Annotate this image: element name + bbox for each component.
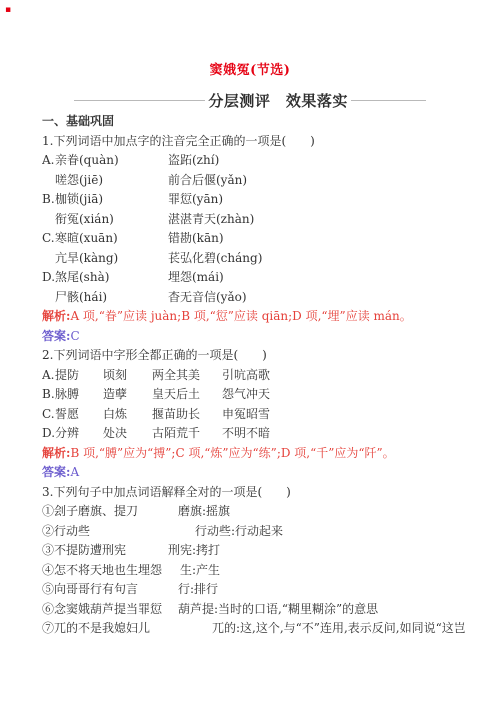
option-label: B. — [42, 190, 55, 210]
answer-label: 答案: — [42, 463, 70, 483]
option-word: 亢旱(kàng) — [55, 249, 168, 269]
option-label: C. — [42, 405, 55, 425]
option-word: 白炼 — [103, 405, 152, 425]
gloss-row: ①刽子磨旗、提刀 磨旗:摇旗 — [42, 502, 486, 522]
option-word: 处决 — [103, 424, 152, 444]
option-word: 亲眷(quàn) — [55, 151, 168, 171]
banner-rule-right — [351, 100, 426, 101]
gloss-phrase: ②行动些 — [42, 522, 195, 542]
gloss-row: ②行动些 行动些:行动起来 — [42, 522, 486, 542]
page-title: 窦娥冤(节选) — [0, 0, 500, 78]
gloss-phrase: ①刽子磨旗、提刀 — [42, 502, 178, 522]
gloss-explanation: 磨旗:摇旗 — [178, 502, 230, 522]
gloss-explanation: 行:排行 — [178, 580, 218, 600]
option-label: A. — [42, 151, 55, 171]
option-word: 怨气冲天 — [222, 385, 270, 405]
gloss-explanation: 生:产生 — [180, 561, 220, 581]
analysis-text: B 项,“膊”应为“搏”;C 项,“炼”应为“练”;D 项,“千”应为“阡”。 — [70, 444, 394, 464]
option-row: C. 寒暄(xuān) 错勘(kān) — [42, 229, 486, 249]
option-word: 引吭高歌 — [222, 366, 270, 386]
option-row: A. 亲眷(quàn) 盗跖(zhí) — [42, 151, 486, 171]
option-word: 湛湛青天(zhàn) — [168, 210, 254, 230]
answer-label: 答案: — [42, 327, 70, 347]
section-heading: 一、基础巩固 — [42, 112, 486, 132]
option-row: A. 提防 顷刻 两全其美 引吭高歌 — [42, 366, 486, 386]
option-label — [42, 288, 55, 308]
option-label — [42, 249, 55, 269]
banner-rule-left — [74, 100, 205, 101]
option-word: 两全其美 — [152, 366, 222, 386]
option-word: 揠苗助长 — [152, 405, 222, 425]
option-row: D. 煞尾(shà) 埋怨(mái) — [42, 268, 486, 288]
gloss-row: ④怎不将天地也生埋怨 生:产生 — [42, 561, 486, 581]
option-word: 错勘(kān) — [168, 229, 224, 249]
gloss-explanation: 兀的:这,这个,与“不”连用,表示反问,如同说“这岂 — [212, 619, 466, 639]
option-label — [42, 171, 55, 191]
answer-line: 答案: C — [42, 327, 486, 347]
option-word: 罪愆(yān) — [168, 190, 223, 210]
option-word: 前合后偃(yǎn) — [168, 171, 247, 191]
gloss-explanation: 行动些:行动起来 — [195, 522, 283, 542]
option-word: 不明不暗 — [222, 424, 270, 444]
option-row: 亢旱(kàng) 苌弘化碧(cháng) — [42, 249, 486, 269]
gloss-phrase: ⑥念窦娥葫芦提当罪愆 — [42, 600, 178, 620]
gloss-explanation: 葫芦提:当时的口语,“糊里糊涂”的意思 — [178, 600, 378, 620]
gloss-row: ⑦兀的不是我媳妇儿 兀的:这,这个,与“不”连用,表示反问,如同说“这岂 — [42, 619, 486, 639]
analysis-label: 解析: — [42, 307, 70, 327]
option-label: B. — [42, 385, 55, 405]
gloss-phrase: ④怎不将天地也生埋怨 — [42, 561, 180, 581]
worksheet-page: ▪ 窦娥冤(节选) 分层测评 效果落实 一、基础巩固 1.下列词语中加点字的注音… — [0, 0, 500, 707]
option-word: 寒暄(xuān) — [55, 229, 168, 249]
option-word: 古陌荒千 — [152, 424, 222, 444]
answer-line: 答案: A — [42, 463, 486, 483]
gloss-phrase: ③不提防遭刑宪 — [42, 541, 168, 561]
answer-text: A — [70, 463, 79, 483]
option-label: A. — [42, 366, 55, 386]
section-banner: 分层测评 效果落实 — [74, 91, 426, 109]
gloss-phrase: ⑤向哥哥行有句言 — [42, 580, 178, 600]
question-1-stem: 1.下列词语中加点字的注音完全正确的一项是( ) — [42, 132, 486, 152]
banner-title: 分层测评 效果落实 — [205, 90, 351, 111]
gloss-row: ⑥念窦娥葫芦提当罪愆 葫芦提:当时的口语,“糊里糊涂”的意思 — [42, 600, 486, 620]
analysis-label: 解析: — [42, 444, 70, 464]
option-row: 衔冤(xián) 湛湛青天(zhàn) — [42, 210, 486, 230]
gloss-explanation: 刑宪:拷打 — [168, 541, 220, 561]
option-word: 脉膊 — [55, 385, 103, 405]
option-row: B. 枷锁(jiā) 罪愆(yān) — [42, 190, 486, 210]
question-2-stem: 2.下列词语中字形全都正确的一项是( ) — [42, 346, 486, 366]
option-label: D. — [42, 268, 55, 288]
option-label — [42, 210, 55, 230]
option-row: D. 分辨 处决 古陌荒千 不明不暗 — [42, 424, 486, 444]
gloss-row: ③不提防遭刑宪 刑宪:拷打 — [42, 541, 486, 561]
analysis-line: 解析: A 项,“眷”应读 juàn;B 项,“愆”应读 qiān;D 项,“埋… — [42, 307, 486, 327]
option-word: 枷锁(jiā) — [55, 190, 168, 210]
option-word: 盗跖(zhí) — [168, 151, 219, 171]
option-word: 衔冤(xián) — [55, 210, 168, 230]
option-row: B. 脉膊 造孽 皇天后土 怨气冲天 — [42, 385, 486, 405]
option-word: 埋怨(mái) — [168, 268, 224, 288]
option-word: 苌弘化碧(cháng) — [168, 249, 262, 269]
option-word: 杳无音信(yǎo) — [168, 288, 247, 308]
option-word: 皇天后土 — [152, 385, 222, 405]
option-word: 分辨 — [55, 424, 103, 444]
option-row: C. 誓愿 白炼 揠苗助长 申冤昭雪 — [42, 405, 486, 425]
option-word: 顷刻 — [103, 366, 152, 386]
option-word: 申冤昭雪 — [222, 405, 270, 425]
option-label: C. — [42, 229, 55, 249]
option-word: 煞尾(shà) — [55, 268, 168, 288]
option-word: 造孽 — [103, 385, 152, 405]
option-row: 嗟怨(jiē) 前合后偃(yǎn) — [42, 171, 486, 191]
worksheet-content: 一、基础巩固 1.下列词语中加点字的注音完全正确的一项是( ) A. 亲眷(qu… — [42, 112, 486, 639]
option-word: 誓愿 — [55, 405, 103, 425]
option-word: 尸骸(hái) — [55, 288, 168, 308]
corner-mark: ▪ — [5, 6, 11, 15]
option-row: 尸骸(hái) 杳无音信(yǎo) — [42, 288, 486, 308]
gloss-row: ⑤向哥哥行有句言 行:排行 — [42, 580, 486, 600]
question-3-stem: 3.下列句子中加点词语解释全对的一项是( ) — [42, 483, 486, 503]
option-word: 嗟怨(jiē) — [55, 171, 168, 191]
answer-text: C — [70, 327, 79, 347]
gloss-phrase: ⑦兀的不是我媳妇儿 — [42, 619, 212, 639]
option-label: D. — [42, 424, 55, 444]
analysis-text: A 项,“眷”应读 juàn;B 项,“愆”应读 qiān;D 项,“埋”应读 … — [70, 307, 411, 327]
analysis-line: 解析: B 项,“膊”应为“搏”;C 项,“炼”应为“练”;D 项,“千”应为“… — [42, 444, 486, 464]
option-word: 提防 — [55, 366, 103, 386]
